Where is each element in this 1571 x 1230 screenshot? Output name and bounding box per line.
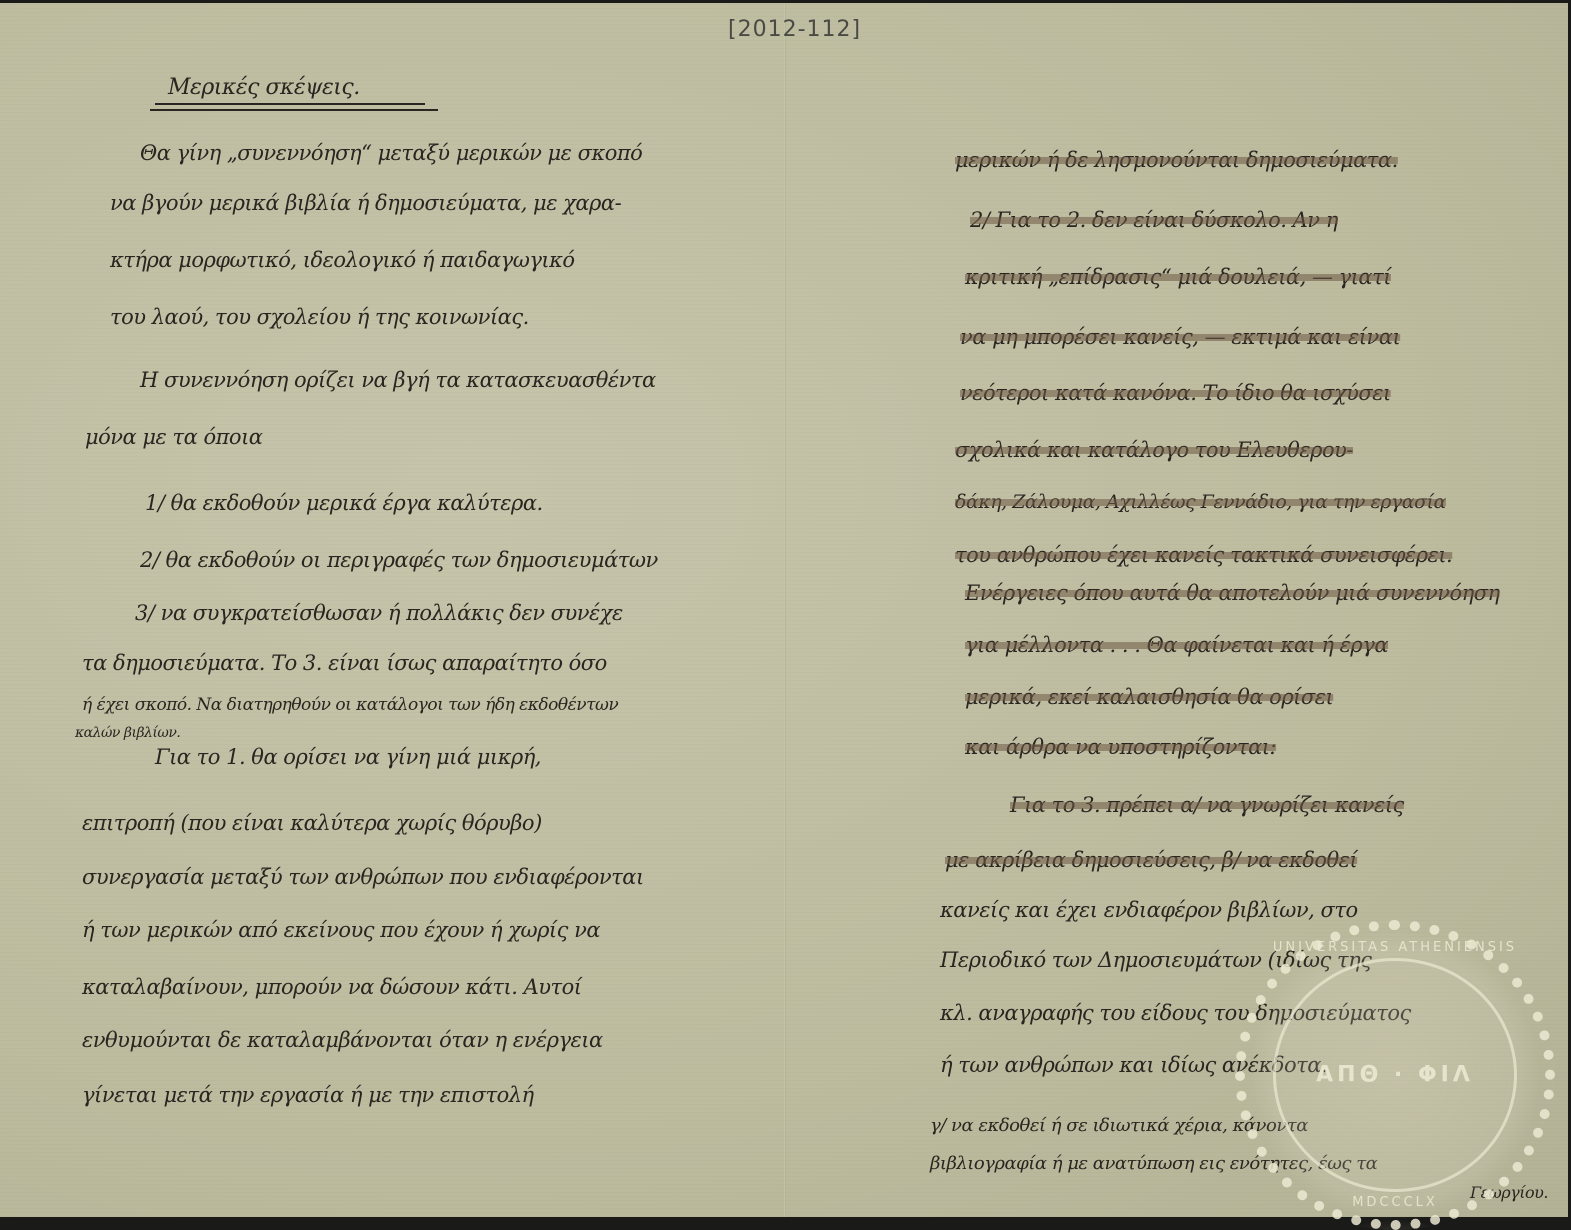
right-line-6: σχολικά και κατάλογο του Ελευθερου- xyxy=(955,438,1353,462)
left-line-1: Θα γίνη „συνεννόηση“ μεταξύ μερικών με σ… xyxy=(140,141,642,165)
right-line-7: δάκη, Ζάλουμα, Αχιλλέως Γεννάδιο, για τη… xyxy=(955,491,1446,513)
right-line-10: για μέλλοντα . . . Θα φαίνεται και ή έργ… xyxy=(965,633,1388,657)
right-line-9: Ενέργειες όπου αυτά θα αποτελούν μιά συν… xyxy=(965,581,1500,605)
university-seal-stamp: UNIVERSITAS ATHENIENSIS ΑΠΘ · ΦΙΛ MDCCCL… xyxy=(1235,920,1555,1222)
right-line-8: του ανθρώπου έχει κανείς τακτικά συνεισφ… xyxy=(955,543,1452,567)
left-line-6: μόνα με τα όποια xyxy=(85,425,262,449)
right-line-12: και άρθρα να υποστηρίζονται: xyxy=(965,735,1276,759)
document-title: Μερικές σκέψεις. xyxy=(168,75,360,100)
seal-year-text: MDCCCLX xyxy=(1245,1195,1545,1210)
right-line-5: νεότεροι κατά κανόνα. Το ίδιο θα ισχύσει xyxy=(960,381,1391,405)
left-line-18: ενθυμούνται δε καταλαμβάνονται όταν η εν… xyxy=(82,1028,603,1052)
left-line-16: ή των μερικών από εκείνους που έχουν ή χ… xyxy=(82,918,600,942)
left-line-10: τα δημοσιεύματα. Το 3. είναι ίσως απαραί… xyxy=(82,651,607,675)
left-line-15: συνεργασία μεταξύ των ανθρώπων που ενδια… xyxy=(82,865,644,889)
right-line-15: κανείς και έχει ενδιαφέρον βιβλίων, στο xyxy=(940,898,1358,922)
left-line-5: Η συνεννόηση ορίζει να βγή τα κατασκευασ… xyxy=(140,368,656,392)
page-fold xyxy=(784,3,786,1217)
right-line-4: να μη μπορέσει κανείς, — εκτιμά και είνα… xyxy=(960,325,1400,349)
left-list-item-3: 3/ να συγκρατείσθωσαν ή πολλάκις δεν συν… xyxy=(135,601,623,625)
title-underline xyxy=(155,103,425,105)
left-line-2: να βγούν μερικά βιβλία ή δημοσιεύματα, μ… xyxy=(110,191,621,215)
left-line-14: επιτροπή (που είναι καλύτερα χωρίς θόρυβ… xyxy=(82,811,542,835)
left-line-17: καταλαβαίνουν, μπορούν να δώσουν κάτι. Α… xyxy=(82,975,582,999)
right-line-11: μερικά, εκεί καλαισθησία θα ορίσει xyxy=(965,685,1333,709)
manuscript-sheet: [2012-112] Μερικές σκέψεις. Θα γίνη „συν… xyxy=(0,3,1568,1217)
right-line-3: κριτική „επίδρασις“ μιά δουλειά, — γιατί xyxy=(965,265,1391,289)
right-line-2: 2/ Για το 2. δεν είναι δύσκολο. Αν η xyxy=(970,208,1338,232)
left-line-12: καλών βιβλίων. xyxy=(75,725,180,741)
right-line-14: με ακρίβεια δημοσιεύσεις, β/ να εκδοθεί xyxy=(945,848,1357,872)
seal-center-emblem: ΑΠΘ · ΦΙΛ xyxy=(1245,1063,1545,1088)
left-line-19: γίνεται μετά την εργασία ή με την επιστο… xyxy=(82,1083,534,1107)
left-list-item-1: 1/ θα εκδοθούν μερικά έργα καλύτερα. xyxy=(145,491,543,515)
left-list-item-2: 2/ θα εκδοθούν οι περιγραφές των δημοσιε… xyxy=(140,548,658,572)
left-line-3: κτήρα μορφωτικό, ιδεολογικό ή παιδαγωγικ… xyxy=(110,248,575,272)
left-line-4: του λαού, του σχολείου ή της κοινωνίας. xyxy=(110,305,529,329)
title-underline-double xyxy=(150,109,438,111)
right-line-13: Για το 3. πρέπει α/ να γνωρίζει κανείς xyxy=(1010,793,1404,817)
seal-ring-text: UNIVERSITAS ATHENIENSIS xyxy=(1245,940,1545,955)
left-line-11: ή έχει σκοπό. Να διατηρηθούν οι κατάλογο… xyxy=(82,695,618,715)
call-number: [2012-112] xyxy=(728,17,861,42)
right-line-1: μερικών ή δε λησμονούνται δημοσιεύματα. xyxy=(955,148,1398,172)
left-line-13: Για το 1. θα ορίσει να γίνη μιά μικρή, xyxy=(155,745,541,769)
